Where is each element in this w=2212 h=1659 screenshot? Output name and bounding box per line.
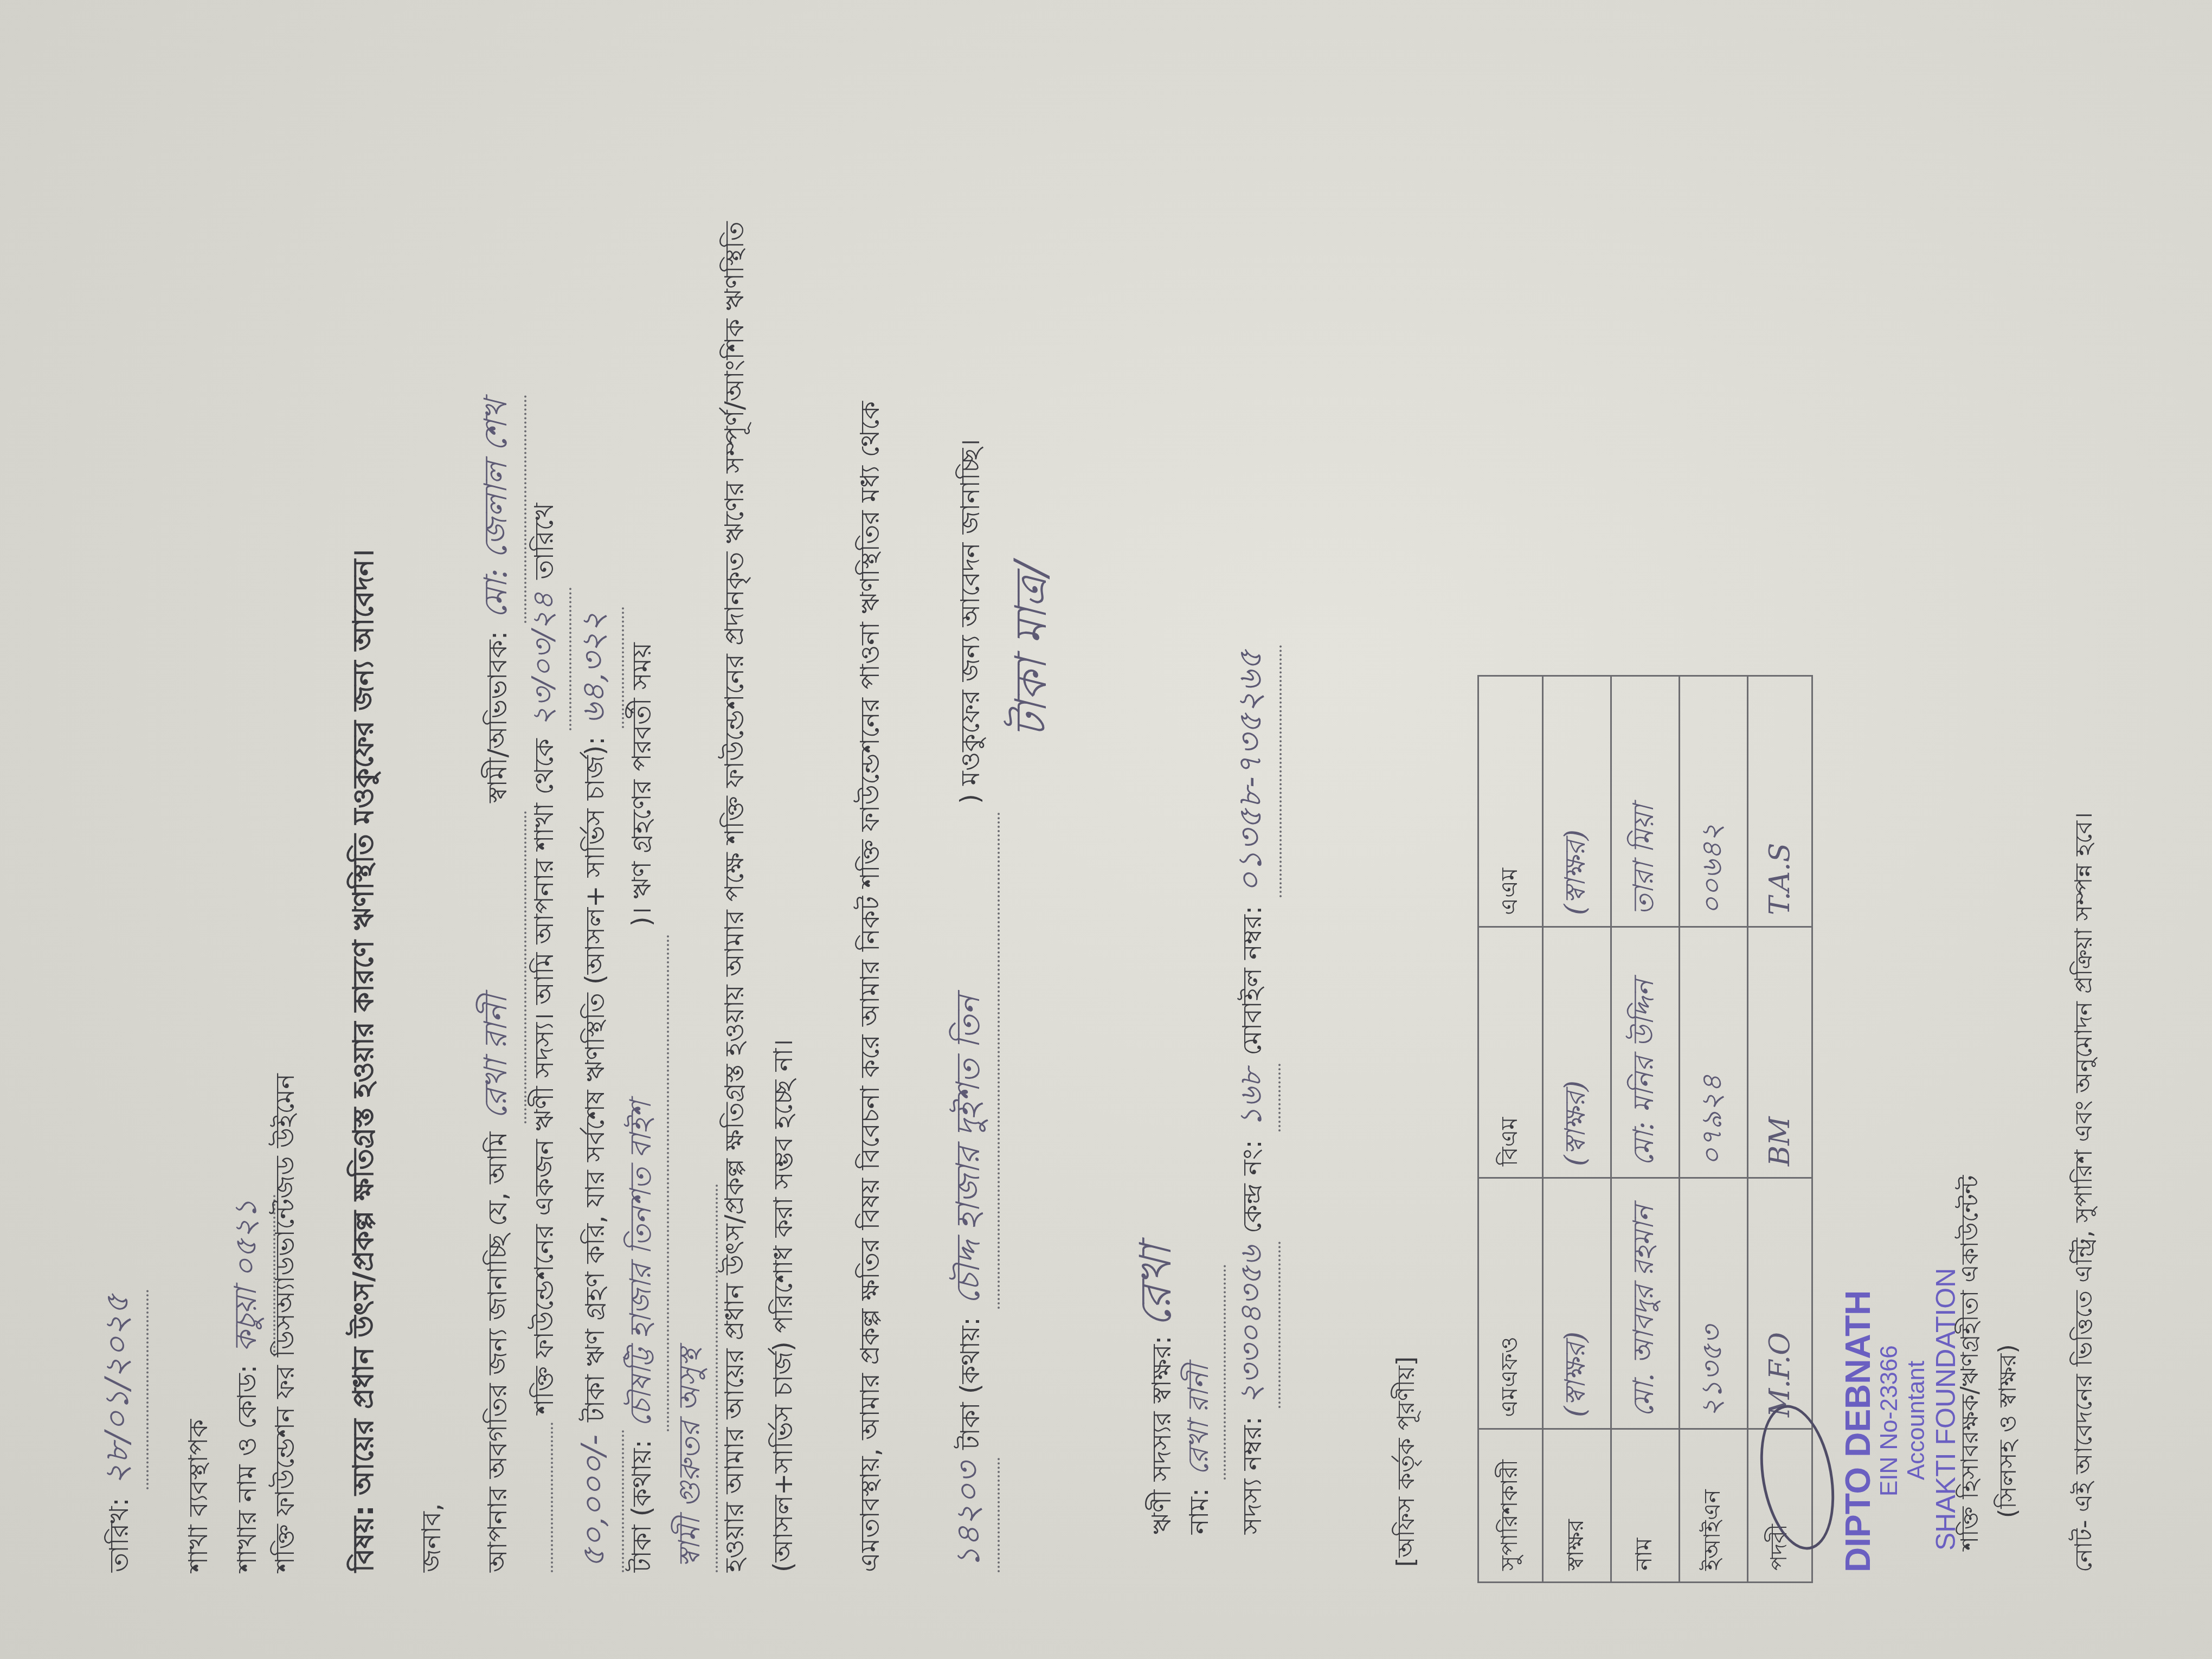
loan-amount-field: ৫০,০০০/- xyxy=(569,1430,624,1572)
row-label: স্বাক্ষর xyxy=(1543,1429,1611,1583)
table-cell: M.F.O xyxy=(1748,1178,1812,1429)
body1-line4: টাকা (কথায়: চৌষট্টি হাজার তিনশত বাইশ )।… xyxy=(618,642,669,1572)
footer-note: নোট- এই আবেদনের ভিত্তিতে এন্ট্রি, সুপারি… xyxy=(2066,812,2105,1572)
outstanding-words-field: চৌষট্টি হাজার তিনশত বাইশ xyxy=(618,935,669,1431)
column-header: এমএফও xyxy=(1478,1178,1543,1429)
member-signature-label: ঋণী সদস্যর স্বাক্ষর: xyxy=(1147,1335,1177,1534)
body2-text-b: টাকা (কথায়: xyxy=(955,1317,986,1450)
waiver-amount-field: ১৪২০৩ xyxy=(943,1458,1000,1572)
stamp-role: Accountant xyxy=(1903,1361,1930,1480)
accountant-caption: শক্তি হিসাবরক্ষক/ঋণগ্রহীতা একাউন্টেন্ট xyxy=(1952,1175,1991,1551)
table-cell: ০০৬৪২ xyxy=(1680,676,1748,927)
column-header: এএম xyxy=(1478,676,1543,927)
member-no-label: সদস্য নম্বর: xyxy=(1237,1417,1268,1534)
table-cell: তারা মিয়া xyxy=(1611,676,1680,927)
center-no-label: কেন্দ্র নং: xyxy=(1237,1140,1268,1233)
body1-remaining: হওয়ার আমার আয়ের প্রধান উৎস/প্রকল্প ক্ষ… xyxy=(710,76,808,1572)
body1-text-g: )। ঋণ গ্রহণের পরবর্তী সময় xyxy=(627,642,657,927)
date-row: তারিখ: ২৮/০১/২০২৫ xyxy=(92,1290,149,1572)
member-name-field: রেখা রানী xyxy=(472,811,526,1123)
organization-name: শক্তি ফাউন্ডেশন ফর ডিসঅ্যাডভান্টেজড উইমে… xyxy=(266,1073,308,1572)
table-row: স্বাক্ষর (স্বাক্ষর) (স্বাক্ষর) (স্বাক্ষর… xyxy=(1543,676,1611,1583)
body1-text-b: স্বামী/অভিভাবক: xyxy=(483,631,513,803)
table-cell: মো. আবদুর রহমান xyxy=(1611,1178,1680,1429)
member-name-value: রেখা রানী xyxy=(1176,1265,1226,1480)
seal-caption: (সিলসহ ও স্বাক্ষর) xyxy=(1990,1344,2029,1518)
table-cell: BM xyxy=(1748,927,1812,1178)
table-row: নাম মো. আবদুর রহমান মো: মনির উদ্দিন তারা… xyxy=(1611,676,1680,1583)
body1-text-a: আপনার অবগতির জন্য জানাচ্ছি যে, আমি xyxy=(483,1131,513,1572)
table-cell: ০৭৯২৪ xyxy=(1680,927,1748,1178)
member-no-value: ২৩৩০৪৩৫৬ xyxy=(1227,1242,1281,1408)
member-ids-row: সদস্য নম্বর: ২৩৩০৪৩৫৬ কেন্দ্র নং: ১৬৮ মো… xyxy=(1225,645,1282,1534)
column-header: বিএম xyxy=(1478,927,1543,1178)
date-label: তারিখ: xyxy=(104,1497,134,1572)
guardian-name-field: মো: জেলাল শেখ xyxy=(472,395,526,623)
salutation: জনাব, xyxy=(412,1503,455,1573)
body1-text-d: তারিখে xyxy=(529,503,560,580)
mobile-label: মোবাইল নম্বর: xyxy=(1237,906,1268,1056)
branch-label: শাখার নাম ও কোড: xyxy=(232,1365,262,1572)
stamp-ein: EIN No-23366 xyxy=(1876,1345,1903,1496)
table-cell: ২১৩৫৩ xyxy=(1680,1178,1748,1429)
signature-cell: (স্বাক্ষর) xyxy=(1543,927,1611,1178)
body1-line1: আপনার অবগতির জন্য জানাচ্ছি যে, আমি রেখা … xyxy=(472,395,526,1572)
stamp-name: DIPTO DEBNATH xyxy=(1838,1290,1878,1572)
table-row: ইআইএন ২১৩৫৩ ০৭৯২৪ ০০৬৪২ xyxy=(1680,676,1748,1583)
waiver-words-field: চৌদ্দ হাজার দুইশত তিন xyxy=(943,812,1000,1309)
subject-line: বিষয়: আয়ের প্রধান উৎস/প্রকল্প ক্ষতিগ্র… xyxy=(342,549,389,1572)
application-form-page: তারিখ: ২৮/০১/২০২৫ শাখা ব্যবস্থাপক শাখার … xyxy=(0,0,2212,1659)
body1-text-e: টাকা ঋণ গ্রহণ করি, যার সর্বশেষ ঋণস্থিতি … xyxy=(580,736,610,1422)
table-cell: T.A.S xyxy=(1748,676,1812,927)
body2-text-a: এমতাবস্থায়, আমার প্রকল্প ক্ষতির বিষয় ব… xyxy=(846,76,895,1572)
body1-line2: শক্তি ফাউন্ডেশনের একজন ঋণী সদস্য। আমি আপ… xyxy=(520,503,571,1572)
mobile-value: ০১৩৫৮-৭৩৫২৬৫ xyxy=(1225,645,1282,897)
date-value: ২৮/০১/২০২৫ xyxy=(92,1290,149,1489)
body1-line3: ৫০,০০০/- টাকা ঋণ গ্রহণ করি, যার সর্বশেষ … xyxy=(569,607,624,1572)
table-cell: মো: মনির উদ্দিন xyxy=(1611,927,1680,1178)
outstanding-field: ৬৪,৩২২ xyxy=(569,607,624,728)
office-heading: [অফিস কর্তৃক পূরণীয়] xyxy=(1388,1356,1427,1567)
loan-date-field: ২৩/০৩/২৪ xyxy=(520,588,571,730)
body2-line2: ১৪২০৩ টাকা (কথায়: চৌদ্দ হাজার দুইশত তিন… xyxy=(943,439,1000,1572)
member-name-label: নাম: xyxy=(1184,1488,1214,1534)
recipient-title: শাখা ব্যবস্থাপক xyxy=(179,1419,222,1572)
signature-cell: (স্বাক্ষর) xyxy=(1543,676,1611,927)
column-header: সুপারিশকারী xyxy=(1478,1429,1543,1583)
signature-cell: (স্বাক্ষর) xyxy=(1543,1178,1611,1429)
center-no-value: ১৬৮ xyxy=(1227,1064,1281,1131)
body2-text-c: ) মওকুফের জন্য আবেদন জানাচ্ছি। xyxy=(955,439,986,803)
body1-text-c: শক্তি ফাউন্ডেশনের একজন ঋণী সদস্য। আমি আপ… xyxy=(529,738,560,1414)
handwritten-closing: টাকা মাত্র/ xyxy=(998,561,1070,737)
row-label: নাম xyxy=(1611,1429,1680,1583)
member-signature: রেখা xyxy=(1130,1245,1181,1327)
table-header-row: সুপারিশকারী এমএফও বিএম এএম xyxy=(1478,676,1543,1583)
row-label: ইআইএন xyxy=(1680,1429,1748,1583)
body1-text-f: টাকা (কথায়: xyxy=(627,1439,657,1572)
member-name-row: নাম: রেখা রানী xyxy=(1176,1265,1226,1534)
